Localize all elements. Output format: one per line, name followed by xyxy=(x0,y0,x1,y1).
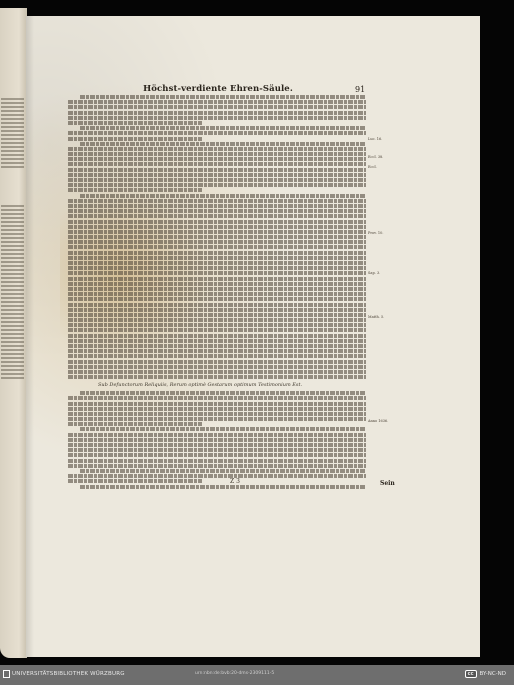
text-line xyxy=(80,194,366,198)
text-line xyxy=(68,204,366,208)
license-label: BY-NC-ND xyxy=(480,671,506,677)
text-line xyxy=(68,308,366,312)
text-line xyxy=(68,251,366,255)
text-line xyxy=(80,142,366,146)
margin-note: Luc. 16. xyxy=(368,137,382,141)
text-line xyxy=(68,152,366,156)
text-line xyxy=(68,474,366,478)
text-line xyxy=(68,396,366,400)
text-line xyxy=(68,220,366,224)
margin-note: Prov. 10. xyxy=(368,231,384,235)
creative-commons-icon: cc xyxy=(465,670,477,678)
text-line xyxy=(68,318,366,322)
text-line xyxy=(80,485,366,489)
text-line xyxy=(68,464,366,468)
text-line xyxy=(68,183,366,187)
catchword: Sein xyxy=(380,480,395,487)
text-line xyxy=(68,375,366,379)
text-line xyxy=(80,469,366,473)
text-line xyxy=(68,453,366,457)
text-line xyxy=(68,402,366,406)
text-line xyxy=(68,349,366,353)
text-line xyxy=(68,256,366,260)
text-line xyxy=(68,230,366,234)
text-line xyxy=(80,427,366,431)
text-line xyxy=(68,147,366,151)
text-line xyxy=(68,225,366,229)
body-text-block: Sub Defunctorum Reliquiis, Rerum optimè … xyxy=(68,95,366,490)
viewer-footer: UNIVERSITÄTSBIBLIOTHEK WÜRZBURG urn:nbn:… xyxy=(0,665,514,685)
margin-note: Eccl. 38. xyxy=(368,155,383,159)
text-line xyxy=(68,245,366,249)
text-line xyxy=(68,365,366,369)
text-line xyxy=(68,417,366,421)
previous-page-text xyxy=(1,203,24,381)
text-line xyxy=(68,323,366,327)
latin-motto: Sub Defunctorum Reliquiis, Rerum optimè … xyxy=(98,382,366,388)
text-line xyxy=(68,137,202,141)
text-line xyxy=(68,235,366,239)
previous-page-text xyxy=(1,96,24,170)
text-line xyxy=(68,111,366,115)
text-line xyxy=(68,162,366,166)
text-line xyxy=(68,370,366,374)
text-line xyxy=(68,105,366,109)
text-line xyxy=(68,100,366,104)
text-line xyxy=(68,168,366,172)
text-line xyxy=(68,188,202,192)
text-line xyxy=(68,412,366,416)
text-line xyxy=(68,131,366,135)
signature-mark: Z 3 xyxy=(230,478,240,485)
text-line xyxy=(68,328,366,332)
margin-note: Sap. 3. xyxy=(368,271,380,275)
text-line xyxy=(68,282,366,286)
margin-note: Matth. 5. xyxy=(368,315,384,319)
text-line xyxy=(68,199,366,203)
text-line xyxy=(68,422,202,426)
margin-note: Anno 1636. xyxy=(368,419,388,423)
text-line xyxy=(68,407,366,411)
text-line xyxy=(80,95,366,99)
text-line xyxy=(68,178,366,182)
text-line xyxy=(68,157,366,161)
page-number: 91 xyxy=(355,85,365,94)
library-logo-icon xyxy=(3,670,10,678)
text-line xyxy=(68,173,366,177)
text-line xyxy=(68,479,202,483)
text-line xyxy=(68,360,366,364)
text-line xyxy=(80,126,366,130)
text-line xyxy=(68,459,366,463)
text-line xyxy=(68,121,202,125)
text-line xyxy=(68,271,366,275)
text-line xyxy=(80,391,366,395)
text-line xyxy=(68,292,366,296)
license-link[interactable]: cc BY-NC-ND xyxy=(465,670,506,678)
text-line xyxy=(68,443,366,447)
text-line xyxy=(68,240,366,244)
running-head: Höchst-verdiente Ehren-Säule. xyxy=(68,84,368,94)
text-line xyxy=(68,214,366,218)
text-line xyxy=(68,438,366,442)
text-line xyxy=(68,433,366,437)
text-line xyxy=(68,261,366,265)
text-line xyxy=(68,339,366,343)
text-line xyxy=(68,266,366,270)
urn-identifier[interactable]: urn:nbn:de:bvb:20-dms-2309111-5 xyxy=(195,671,274,676)
text-line xyxy=(68,297,366,301)
text-line xyxy=(68,116,366,120)
text-line xyxy=(68,344,366,348)
text-line xyxy=(68,287,366,291)
previous-page-edge xyxy=(0,8,27,658)
text-line xyxy=(68,303,366,307)
text-line xyxy=(68,354,366,358)
institution-name: UNIVERSITÄTSBIBLIOTHEK WÜRZBURG xyxy=(12,671,125,677)
text-line xyxy=(68,313,366,317)
margin-note: Eccl. xyxy=(368,165,377,169)
page-gutter-shadow xyxy=(26,16,34,657)
text-line xyxy=(68,277,366,281)
text-line xyxy=(68,209,366,213)
institution-logo[interactable]: UNIVERSITÄTSBIBLIOTHEK WÜRZBURG xyxy=(3,670,125,678)
text-line xyxy=(68,334,366,338)
text-line xyxy=(68,448,366,452)
